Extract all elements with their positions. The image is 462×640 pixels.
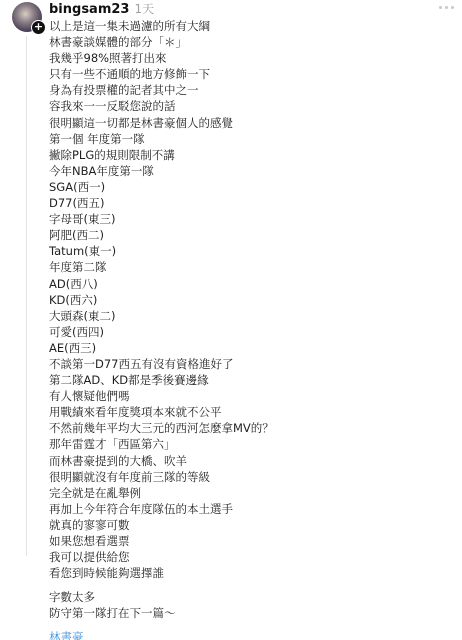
post-text-line: 身為有投票權的記者其中之一	[49, 82, 449, 98]
post-text-line: 容我來一一反駁您說的話	[49, 98, 449, 114]
post-text-line: 而林書豪提到的大橋、吹羊	[49, 453, 449, 469]
timestamp[interactable]: 1天	[134, 0, 154, 17]
more-options-icon[interactable]	[434, 2, 454, 12]
paragraph-gap	[49, 581, 449, 589]
post-text-line: 用戰績來看年度獎項本來就不公平	[49, 404, 449, 420]
post-text-line: 只有一些不通順的地方修飾一下	[49, 66, 449, 82]
closing-text-line: 字數太多	[49, 589, 449, 605]
post-text-line: 年度第二隊	[49, 259, 449, 275]
post-text-line: 如果您想看選票	[49, 533, 449, 549]
post-text-line: 林書豪談媒體的部分「＊」	[49, 34, 449, 50]
post-text-line: 有人懷疑他們嗎	[49, 388, 449, 404]
post-text-line: 我幾乎98%照著打出來	[49, 50, 449, 66]
post-text-line: 再加上今年符合年度隊伍的本土選手	[49, 501, 449, 517]
post-text-line: 我可以提供給您	[49, 549, 449, 565]
post-text-line: KD(西六)	[49, 292, 449, 308]
post-text-line: 看您到時候能夠選擇誰	[49, 565, 449, 581]
post-text-line: SGA(西一)	[49, 179, 449, 195]
closing-text-line: 防守第一隊打在下一篇～	[49, 605, 449, 621]
post-text-line: 字母哥(東三)	[49, 211, 449, 227]
post-text-line: 大頭森(東二)	[49, 308, 449, 324]
avatar-container[interactable]: +	[12, 2, 42, 32]
post-text-line: 可愛(西四)	[49, 324, 449, 340]
plus-icon[interactable]: +	[31, 20, 46, 35]
thread-line	[26, 36, 27, 556]
post-body: 以上是這一集未過濾的所有大綱林書豪談媒體的部分「＊」我幾乎98%照著打出來只有一…	[49, 18, 449, 640]
post-text-line: D77(西五)	[49, 195, 449, 211]
post-text-line: 不然前幾年平均大三元的西河怎麼拿MV的？	[49, 420, 449, 436]
post-text-line: 那年雷霆才「西區第六」	[49, 436, 449, 452]
username-link[interactable]: bingsam23	[49, 2, 129, 17]
post-text-line: 第二隊AD、KD都是季後賽邊緣	[49, 372, 449, 388]
post-text-line: AD(西八)	[49, 276, 449, 292]
post-text-line: 完全就是在亂舉例	[49, 485, 449, 501]
post-text-line: 很明顯就沒有年度前三隊的等級	[49, 469, 449, 485]
post-text-line: 不談第一D77西五有沒有資格進好了	[49, 356, 449, 372]
post-text-line: 以上是這一集未過濾的所有大綱	[49, 18, 449, 34]
post-text-line: 阿肥(西二)	[49, 227, 449, 243]
post-text-line: 今年NBA年度第一隊	[49, 163, 449, 179]
mention-link[interactable]: 林書豪	[49, 629, 84, 640]
post-text-line: 就真的寥寥可數	[49, 517, 449, 533]
post-text-line: AE(西三)	[49, 340, 449, 356]
post-text-line: 很明顯這一切都是林書豪個人的感覺	[49, 115, 449, 131]
post-text-line: 撇除PLG的規則限制不講	[49, 147, 449, 163]
post-text-line: Tatum(東一)	[49, 243, 449, 259]
post-header: bingsam23 1天	[49, 0, 154, 16]
post-text-line: 第一個 年度第一隊	[49, 131, 449, 147]
